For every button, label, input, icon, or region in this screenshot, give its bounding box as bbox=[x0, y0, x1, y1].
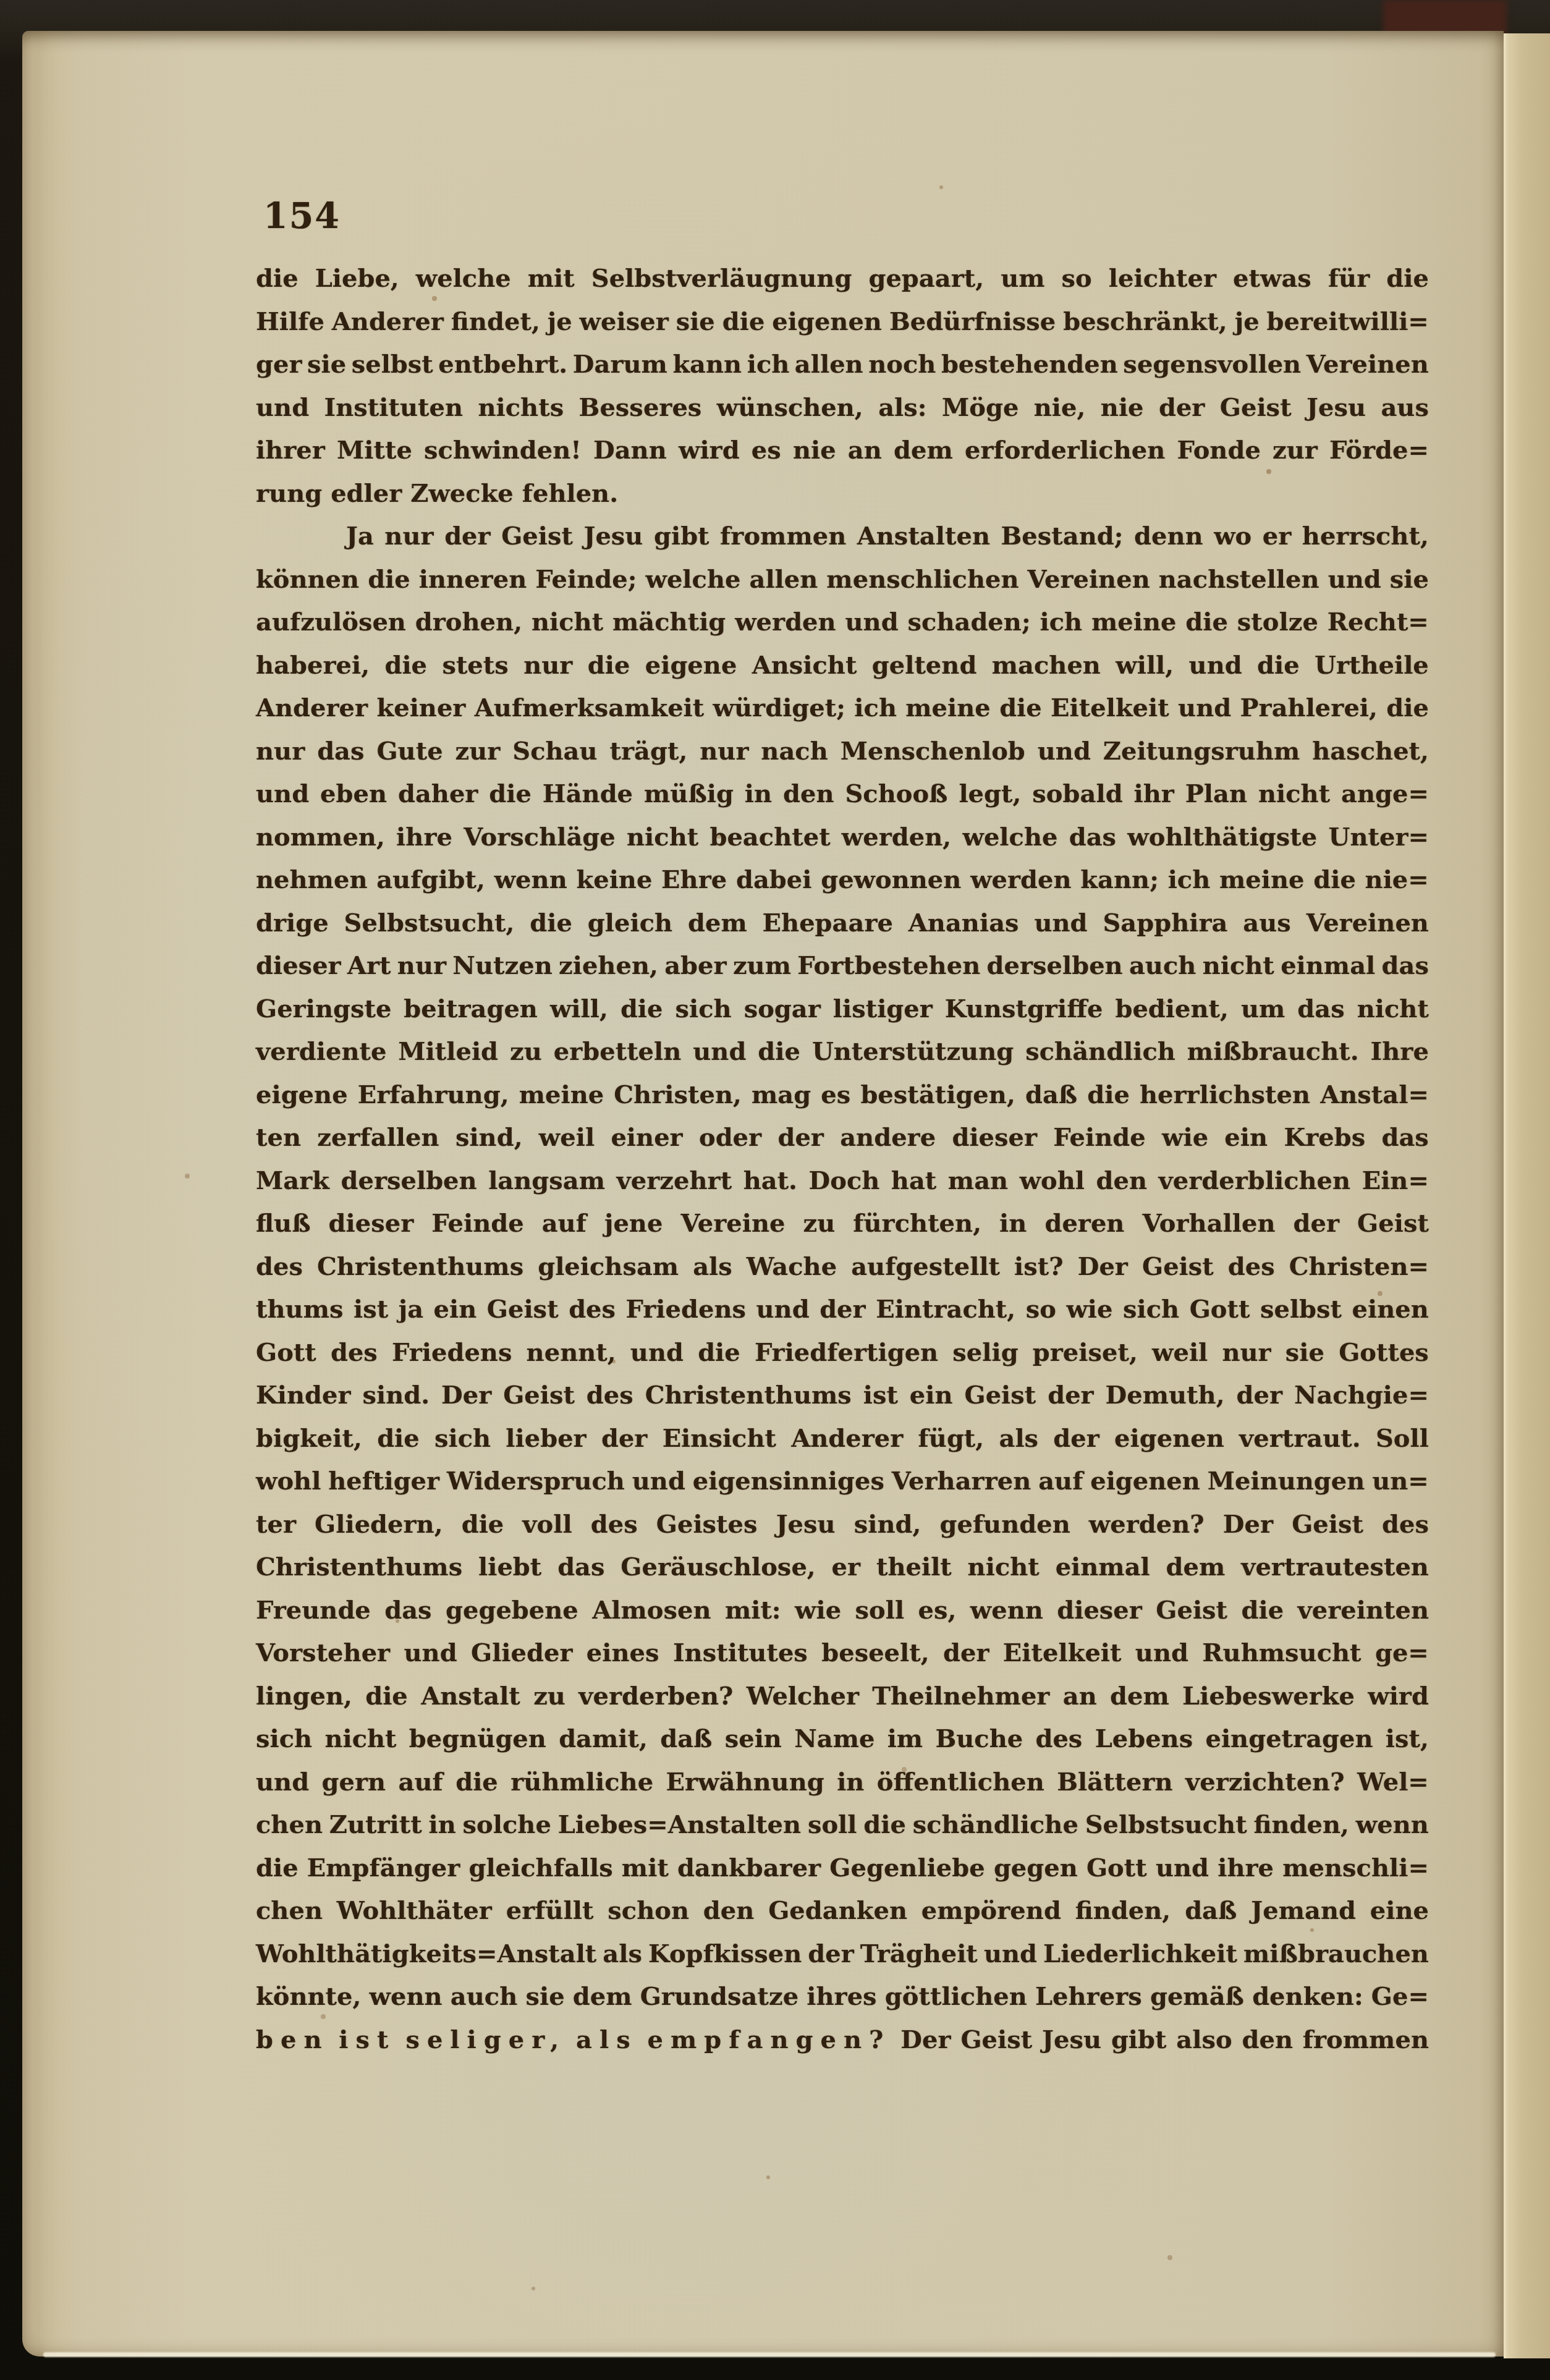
text-line: dieserArtnurNutzenziehen,aberzumFortbest… bbox=[256, 944, 1429, 988]
text-line: undgernaufdierühmlicheErwähnunginöffentl… bbox=[256, 1761, 1429, 1804]
text-line: desChristenthumsgleichsamalsWacheaufgest… bbox=[256, 1245, 1429, 1289]
text-line: dieEmpfängergleichfallsmitdankbarerGegen… bbox=[256, 1847, 1429, 1890]
page-number: 154 bbox=[263, 195, 341, 237]
text-line: Kindersind.DerGeistdesChristenthumsistei… bbox=[256, 1374, 1429, 1417]
text-line: tenzerfallensind,weileineroderderandered… bbox=[256, 1116, 1429, 1159]
text-line: eigeneErfahrung,meineChristen,magesbestä… bbox=[256, 1074, 1429, 1117]
text-line: benistseliger,alsempfangen?DerGeistJesug… bbox=[256, 2018, 1429, 2062]
text-line: nehmenaufgibt,wennkeineEhredabeigewonnen… bbox=[256, 858, 1429, 902]
text-line: dieLiebe,welchemitSelbstverläugnunggepaa… bbox=[256, 257, 1429, 300]
text-line: ChristenthumsliebtdasGeräuschlose,erthei… bbox=[256, 1546, 1429, 1589]
text-line: drigeSelbstsucht,diegleichdemEhepaareAna… bbox=[256, 902, 1429, 945]
text-line: verdienteMitleidzuerbettelnunddieUnterst… bbox=[256, 1030, 1429, 1074]
text-line: könnte,wennauchsiedemGrundsatzeihresgött… bbox=[256, 1975, 1429, 2018]
text-line: chenZutrittinsolcheLiebes=Anstaltensolld… bbox=[256, 1803, 1429, 1847]
text-line: wohlheftigerWiderspruchundeigensinnigesV… bbox=[256, 1460, 1429, 1503]
page-bottom-edge bbox=[43, 2352, 1496, 2357]
text-line: Markderselbenlangsamverzehrthat.Dochhatm… bbox=[256, 1159, 1429, 1203]
body-text: dieLiebe,welchemitSelbstverläugnunggepaa… bbox=[256, 257, 1429, 2061]
text-line: flußdieserFeindeaufjeneVereinezufürchten… bbox=[256, 1202, 1429, 1245]
adjacent-page-edge bbox=[1504, 33, 1550, 2358]
text-line: FreundedasgegebeneAlmosenmit:wiesolles,w… bbox=[256, 1589, 1429, 1632]
text-line: gersieselbstentbehrt.Darumkannichallenno… bbox=[256, 343, 1429, 386]
text-line: GottdesFriedensnennt,unddieFriedfertigen… bbox=[256, 1331, 1429, 1374]
text-line: haberei,diestetsnurdieeigeneAnsichtgelte… bbox=[256, 644, 1429, 687]
text-line: VorsteherundGliedereinesInstitutesbeseel… bbox=[256, 1632, 1429, 1675]
book-scan: 154 dieLiebe,welchemitSelbstverläugnungg… bbox=[0, 0, 1550, 2380]
text-line: Wohlthätigkeits=AnstaltalsKopfkissenderT… bbox=[256, 1933, 1429, 1976]
text-line: chenWohlthätererfülltschondenGedankenemp… bbox=[256, 1889, 1429, 1933]
text-line: könnendieinnerenFeinde;welcheallenmensch… bbox=[256, 558, 1429, 601]
text-line: HilfeAndererfindet,jeweisersiedieeigenen… bbox=[256, 300, 1429, 344]
text-line: lingen,dieAnstaltzuverderben?WelcherThei… bbox=[256, 1675, 1429, 1718]
text-line: AndererkeinerAufmerksamkeitwürdiget;ichm… bbox=[256, 687, 1429, 730]
text-line: terGliedern,dievolldesGeistesJesusind,ge… bbox=[256, 1503, 1429, 1546]
text-line: nommen,ihreVorschlägenichtbeachtetwerden… bbox=[256, 816, 1429, 859]
paper-speckles bbox=[0, 0, 4, 4]
text-line: JanurderGeistJesugibtfrommenAnstaltenBes… bbox=[256, 515, 1429, 558]
text-line: ihrerMitteschwinden!Dannwirdesnieandemer… bbox=[256, 429, 1429, 472]
text-line: sichnichtbegnügendamit,daßseinNameimBuch… bbox=[256, 1717, 1429, 1761]
text-line: undebendaherdieHändemüßigindenSchooßlegt… bbox=[256, 773, 1429, 816]
text-line: bigkeit,diesichlieberderEinsichtAndererf… bbox=[256, 1417, 1429, 1460]
text-line: undInstitutennichtsBessereswünschen,als:… bbox=[256, 386, 1429, 430]
text-line: Geringstebeitragenwill,diesichsogarlisti… bbox=[256, 988, 1429, 1031]
text-line: thumsistjaeinGeistdesFriedensundderEintr… bbox=[256, 1288, 1429, 1331]
text-line: aufzulösendrohen,nichtmächtigwerdenundsc… bbox=[256, 601, 1429, 644]
text-line: rung edler Zwecke fehlen. bbox=[256, 472, 1429, 515]
text-line: nurdasGutezurSchauträgt,nurnachMenschenl… bbox=[256, 730, 1429, 773]
